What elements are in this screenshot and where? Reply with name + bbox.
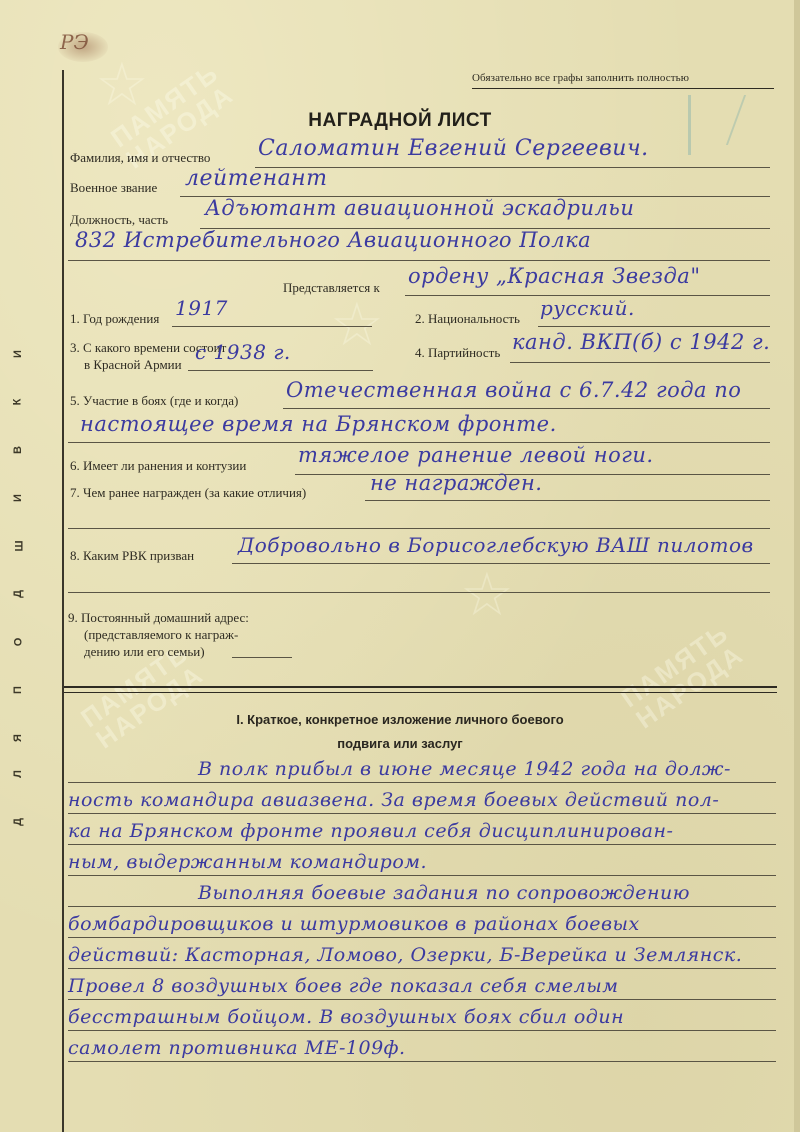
narrative-line: ность командира авиазвена. За время боев… [68,783,776,814]
address-line [232,657,292,658]
narrative-line: действий: Касторная, Ломово, Озерки, Б-В… [68,938,776,969]
birth-year-label: 1. Год рождения [70,311,159,327]
prior-awards-line [365,500,770,501]
army-since-label-2: в Красной Армии [84,357,182,373]
nationality-line [538,326,770,327]
battles-value-line1: Отечественная война с 6.7.42 года по [286,378,741,402]
battles-label: 5. Участие в боях (где и когда) [70,393,238,409]
wounds-label: 6. Имеет ли ранения и контузии [70,458,246,474]
section-divider [64,686,777,693]
mandatory-underline [472,88,774,89]
margin-border-line [62,70,64,1132]
prior-awards-line2 [68,528,770,529]
birth-year-value: 1917 [175,296,228,320]
narrative-line: самолет противника МЕ-109ф. [68,1031,776,1062]
corner-mark: РЭ [60,30,89,54]
party-label: 4. Партийность [415,345,500,361]
battles-line1 [283,408,770,409]
narrative-line: Выполняя боевые задания по сопровождению [68,876,776,907]
narrative: В полк прибыл в июне месяце 1942 года на… [68,752,776,1062]
award-value: ордену „Красная Звезда" [408,264,700,288]
rank-value: лейтенант [185,166,328,191]
narrative-line: ка на Брянском фронте проявил себя дисци… [68,814,776,845]
narrative-line: бесстрашным бойцом. В воздушных боях сби… [68,1000,776,1031]
full-name-value: Саломатин Евгений Сергеевич. [258,136,649,161]
position-value-line2: 832 Истребительного Авиационного Полка [75,228,591,252]
document-title: НАГРАДНОЙ ЛИСТ [0,110,800,132]
page-edge [794,0,800,1132]
watermark-star-icon: ☆ [460,560,514,630]
full-name-line [255,167,770,168]
narrative-line: бомбардировщиков и штурмовиков в районах… [68,907,776,938]
wounds-value: тяжелое ранение левой ноги. [298,443,654,467]
nationality-label: 2. Национальность [415,311,520,327]
watermark-star-icon: ☆ [330,290,384,360]
army-since-value: с 1938 г. [195,340,291,364]
rvk-value: Добровольно в Борисоглебскую ВАШ пилотов [238,533,754,557]
address-label-2: (представляемого к награж- [84,627,238,643]
narrative-line: В полк прибыл в июне месяце 1942 года на… [68,752,776,783]
battles-value-line2: настоящее время на Брянском фронте. [80,412,557,436]
address-label: 9. Постоянный домашний адрес: [68,610,249,626]
party-value: канд. ВКП(б) с 1942 г. [512,330,770,354]
position-label: Должность, часть [70,212,168,228]
rvk-line2 [68,592,770,593]
rvk-line [232,563,770,564]
section1-title-2: подвига или заслуг [0,736,800,751]
mandatory-note: Обязательно все графы заполнить полность… [472,72,689,84]
position-line2 [68,260,770,261]
section1-title: I. Краткое, конкретное изложение личного… [0,712,800,727]
award-label: Представляется к [283,280,380,296]
full-name-label: Фамилия, имя и отчество [70,150,210,166]
narrative-line: Провел 8 воздушных боев где показал себя… [68,969,776,1000]
nationality-value: русский. [540,296,635,320]
rvk-label: 8. Каким РВК призван [70,548,194,564]
party-line [510,362,770,363]
position-value-line1: Адъютант авиационной эскадрильи [205,196,634,220]
birth-year-line [172,326,372,327]
prior-awards-value: не награжден. [370,471,542,495]
rank-label: Военное звание [70,180,157,196]
army-since-line [188,370,373,371]
address-label-3: дению или его семьи) [84,644,205,660]
prior-awards-label: 7. Чем ранее награжден (за какие отличия… [70,485,306,501]
narrative-line: ным, выдержанным командиром. [68,845,776,876]
